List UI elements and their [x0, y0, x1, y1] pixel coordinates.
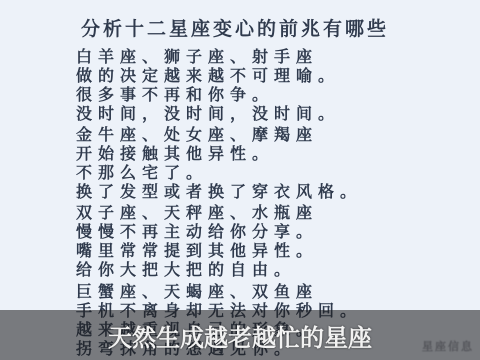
page-title: 分析十二星座变心的前兆有哪些 [81, 14, 389, 41]
article-image: 分析十二星座变心的前兆有哪些 白羊座、狮子座、射手座 做的决定越来越不可理喻。 … [0, 0, 480, 360]
zodiac-section-air: 双子座、天秤座、水瓶座 慢慢不再主动给你分享。 嘴里常常提到其他异性。 给你大把… [76, 203, 318, 279]
zodiac-behavior-line: 不那么宅了。 [76, 163, 362, 182]
video-caption: 天然生成越老越忙的星座 [108, 318, 372, 353]
watermark-text: 星座信息 [422, 338, 474, 354]
zodiac-behavior-line: 很多事不再和你争。 [76, 85, 340, 104]
zodiac-signs-heading: 巨蟹座、天蝎座、双鱼座 [76, 282, 362, 301]
zodiac-behavior-line: 给你大把大把的自由。 [76, 260, 318, 279]
zodiac-signs-heading: 双子座、天秤座、水瓶座 [76, 203, 318, 222]
zodiac-signs-heading: 金牛座、处女座、摩羯座 [76, 125, 362, 144]
zodiac-signs-heading: 白羊座、狮子座、射手座 [76, 47, 340, 66]
zodiac-section-earth: 金牛座、处女座、摩羯座 开始接触其他异性。 不那么宅了。 换了发型或者换了穿衣风… [76, 125, 362, 201]
zodiac-behavior-line: 换了发型或者换了穿衣风格。 [76, 182, 362, 201]
zodiac-behavior-line: 做的决定越来越不可理喻。 [76, 66, 340, 85]
zodiac-behavior-line: 嘴里常常提到其他异性。 [76, 241, 318, 260]
zodiac-behavior-line: 没时间，没时间，没时间。 [76, 104, 340, 123]
caption-band: 天然生成越老越忙的星座 [0, 310, 480, 360]
zodiac-behavior-line: 开始接触其他异性。 [76, 144, 362, 163]
zodiac-behavior-line: 慢慢不再主动给你分享。 [76, 222, 318, 241]
zodiac-section-fire: 白羊座、狮子座、射手座 做的决定越来越不可理喻。 很多事不再和你争。 没时间，没… [76, 47, 340, 123]
